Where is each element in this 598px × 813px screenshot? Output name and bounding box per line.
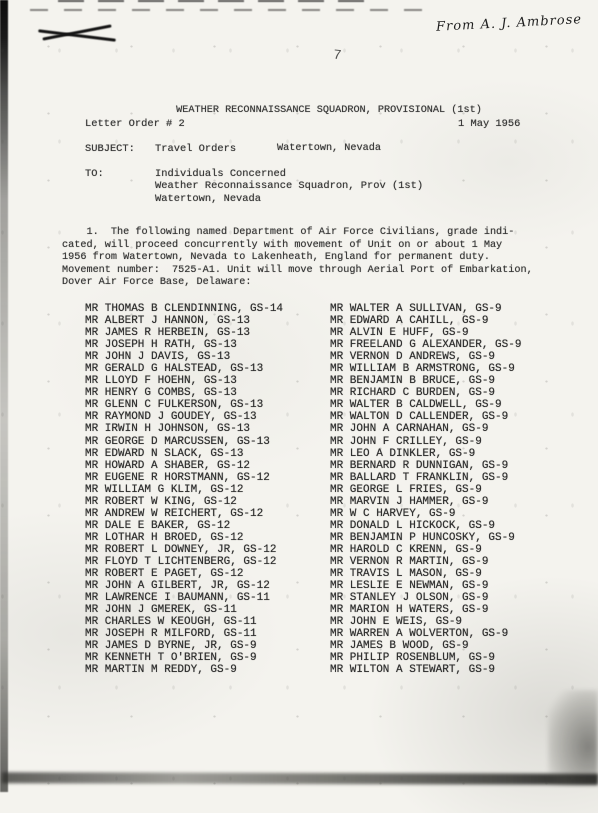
roster-entry: MR WILTON A STEWART, GS-9 xyxy=(330,664,521,676)
scan-top-dash-line xyxy=(30,9,430,11)
roster-entry: MR JOHN F CRILLEY, GS-9 xyxy=(330,436,521,448)
roster-right-column: MR WALTER A SULLIVAN, GS-9MR EDWARD A CA… xyxy=(330,303,521,676)
roster-entry: MR JAMES R HERBEIN, GS-13 xyxy=(85,327,283,339)
roster-entry: MR WILLIAM B ARMSTRONG, GS-9 xyxy=(330,363,521,375)
roster-entry: MR ROBERT W KING, GS-12 xyxy=(85,496,283,508)
roster-entry: MR VERNON R MARTIN, GS-9 xyxy=(330,556,521,568)
roster-entry: MR W C HARVEY, GS-9 xyxy=(330,508,521,520)
roster-entry: MR GERALD G HALSTEAD, GS-13 xyxy=(85,363,283,375)
scanned-document-page: From A. J. Ambrose 7 WEATHER RECONNAISSA… xyxy=(0,0,598,813)
roster-entry: MR WARREN A WOLVERTON, GS-9 xyxy=(330,628,521,640)
org-name: WEATHER RECONNAISSANCE SQUADRON, PROVISI… xyxy=(60,105,598,118)
roster-entry: MR LESLIE E NEWMAN, GS-9 xyxy=(330,580,521,592)
roster-entry: MR HAROLD C KRENN, GS-9 xyxy=(330,544,521,556)
roster-entry: MR LOTHAR H BROED, GS-12 xyxy=(85,532,283,544)
body-paragraph-line: Dover Air Force Base, Delaware: xyxy=(62,277,533,290)
letter-date: 1 May 1956 xyxy=(458,118,520,130)
roster-entry: MR GLENN C FULKERSON, GS-13 xyxy=(85,399,283,411)
roster-entry: MR ANDREW W REICHERT, GS-12 xyxy=(85,508,283,520)
roster-entry: MR ALVIN E HUFF, GS-9 xyxy=(330,327,521,339)
body-paragraph: 1. The following named Department of Air… xyxy=(62,227,533,290)
handwritten-note: From A. J. Ambrose xyxy=(436,12,583,35)
roster-entry: MR BENJAMIN P HUNCOSKY, GS-9 xyxy=(330,532,521,544)
roster-entry: MR RAYMOND J GOUDEY, GS-13 xyxy=(85,411,283,423)
to-address-line: Watertown, Nevada xyxy=(155,193,423,205)
to-label: TO: xyxy=(85,168,104,180)
roster-entry: MR EDWARD N SLACK, GS-13 xyxy=(85,448,283,460)
subject-label: SUBJECT: xyxy=(85,143,135,155)
org-location: Watertown, Nevada xyxy=(60,143,598,156)
roster-entry: MR RICHARD C BURDEN, GS-9 xyxy=(330,387,521,399)
roster-entry: MR FREELAND G ALEXANDER, GS-9 xyxy=(330,339,521,351)
roster-entry: MR STANLEY J OLSON, GS-9 xyxy=(330,592,521,604)
roster-entry: MR ROBERT L DOWNEY, JR, GS-12 xyxy=(85,544,283,556)
roster-entry: MR GEORGE D MARCUSSEN, GS-13 xyxy=(85,436,283,448)
to-address-line: Individuals Concerned xyxy=(155,168,423,180)
roster-entry: MR WALTER B CALDWELL, GS-9 xyxy=(330,399,521,411)
roster-entry: MR BALLARD T FRANKLIN, GS-9 xyxy=(330,472,521,484)
roster-entry: MR JOHN J GMEREK, GS-11 xyxy=(85,604,283,616)
subject-value: Travel Orders xyxy=(155,143,236,155)
roster-entry: MR TRAVIS L MASON, GS-9 xyxy=(330,568,521,580)
roster-entry: MR JOHN E WEIS, GS-9 xyxy=(330,616,521,628)
roster-entry: MR JOSEPH R MILFORD, GS-11 xyxy=(85,628,283,640)
roster-entry: MR JOHN A CARNAHAN, GS-9 xyxy=(330,423,521,435)
roster-entry: MR DALE E BAKER, GS-12 xyxy=(85,520,283,532)
roster-entry: MR MARION H WATERS, GS-9 xyxy=(330,604,521,616)
to-address-line: Weather Reconnaissance Squadron, Prov (1… xyxy=(155,180,423,192)
roster-entry: MR KENNETH T O'BRIEN, GS-9 xyxy=(85,652,283,664)
scan-top-edge-line xyxy=(58,0,368,2)
to-address-block: Individuals ConcernedWeather Reconnaissa… xyxy=(155,168,423,205)
body-paragraph-line: cated, will proceed concurrently with mo… xyxy=(62,240,533,253)
body-paragraph-line: 1956 from Watertown, Nevada to Lakenheat… xyxy=(62,252,533,265)
roster-entry: MR JOSEPH H RATH, GS-13 xyxy=(85,339,283,351)
roster-entry: MR EDWARD A CAHILL, GS-9 xyxy=(330,315,521,327)
roster-entry: MR IRWIN H JOHNSON, GS-13 xyxy=(85,423,283,435)
roster-entry: MR HOWARD A SHABER, GS-12 xyxy=(85,460,283,472)
roster-entry: MR WILLIAM G KLIM, GS-12 xyxy=(85,484,283,496)
roster-entry: MR JAMES B WOOD, GS-9 xyxy=(330,640,521,652)
scan-bottom-edge-artifact xyxy=(2,772,598,785)
roster-left-column: MR THOMAS B CLENDINNING, GS-14MR ALBERT … xyxy=(85,303,283,676)
roster-entry: MR WALTER A SULLIVAN, GS-9 xyxy=(330,303,521,315)
roster-entry: MR JOHN J DAVIS, GS-13 xyxy=(85,351,283,363)
body-paragraph-line: 1. The following named Department of Air… xyxy=(62,227,533,240)
roster-entry: MR DONALD L HICKOCK, GS-9 xyxy=(330,520,521,532)
roster-entry: MR THOMAS B CLENDINNING, GS-14 xyxy=(85,303,283,315)
roster-entry: MR BERNARD R DUNNIGAN, GS-9 xyxy=(330,460,521,472)
body-paragraph-line: Movement number: 7525-A1. Unit will move… xyxy=(62,265,533,278)
roster-entry: MR MARTIN M REDDY, GS-9 xyxy=(85,664,283,676)
roster-entry: MR BENJAMIN B BRUCE, GS-9 xyxy=(330,375,521,387)
roster-entry: MR LLOYD F HOEHN, GS-13 xyxy=(85,375,283,387)
letterhead: WEATHER RECONNAISSANCE SQUADRON, PROVISI… xyxy=(60,80,598,180)
letter-order-number: Letter Order # 2 xyxy=(85,118,185,130)
stray-mark: 7 xyxy=(332,48,342,65)
roster-entry: MR ROBERT E PAGET, GS-12 xyxy=(85,568,283,580)
roster-entry: MR MARVIN J HAMMER, GS-9 xyxy=(330,496,521,508)
roster-entry: MR VERNON D ANDREWS, GS-9 xyxy=(330,351,521,363)
roster-entry: MR GEORGE L FRIES, GS-9 xyxy=(330,484,521,496)
roster-entry: MR LAWRENCE I BAUMANN, GS-11 xyxy=(85,592,283,604)
scan-left-edge-artifact xyxy=(0,0,8,792)
roster-entry: MR WALTON D CALLENDER, GS-9 xyxy=(330,411,521,423)
roster-entry: MR EUGENE R HORSTMANN, GS-12 xyxy=(85,472,283,484)
roster-entry: MR JOHN A GILBERT, JR, GS-12 xyxy=(85,580,283,592)
roster-entry: MR LEO A DINKLER, GS-9 xyxy=(330,448,521,460)
roster-entry: MR HENRY G COMBS, GS-13 xyxy=(85,387,283,399)
roster-entry: MR CHARLES W KEOUGH, GS-11 xyxy=(85,616,283,628)
roster-entry: MR ALBERT J HANNON, GS-13 xyxy=(85,315,283,327)
roster-entry: MR JAMES D BYRNE, JR, GS-9 xyxy=(85,640,283,652)
roster-entry: MR FLOYD T LICHTENBERG, GS-12 xyxy=(85,556,283,568)
scan-corner-smudge xyxy=(548,690,598,785)
roster-entry: MR PHILIP ROSENBLUM, GS-9 xyxy=(330,652,521,664)
